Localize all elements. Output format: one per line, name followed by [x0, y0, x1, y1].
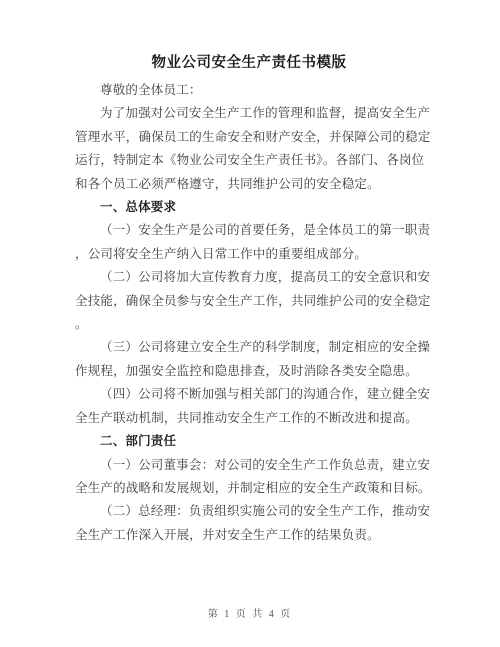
section-heading-1: 一、总体要求: [75, 196, 423, 219]
section-heading-2: 二、部门责任: [75, 430, 423, 453]
doc-line: 。: [75, 313, 423, 336]
doc-line: 全生产的战略和发展规划，并制定相应的安全生产政策和目标。: [75, 477, 423, 500]
doc-line: ，公司将安全生产纳入日常工作中的重要组成部分。: [75, 243, 423, 266]
doc-line: 全生产联动机制，共同推动安全生产工作的不断改进和提高。: [75, 407, 423, 430]
doc-line: （三）公司将建立安全生产的科学制度，制定相应的安全操: [75, 336, 423, 359]
page-number-footer: 第 1 页 共 4 页: [0, 609, 500, 621]
doc-line-salutation: 尊敬的全体员工：: [75, 79, 423, 102]
document-content: 物业公司安全生产责任书模版 尊敬的全体员工： 为了加强对公司安全生产工作的管理和…: [75, 52, 423, 547]
doc-line: 管理水平，确保员工的生命安全和财产安全，并保障公司的稳定: [75, 126, 423, 149]
doc-line: 全生产工作深入开展，并对安全生产工作的结果负责。: [75, 524, 423, 547]
doc-line: 为了加强对公司安全生产工作的管理和监督，提高安全生产: [75, 102, 423, 125]
doc-line: 作规程，加强安全监控和隐患排查，及时消除各类安全隐患。: [75, 360, 423, 383]
doc-line: 运行，特制定本《物业公司安全生产责任书》。各部门、各岗位: [75, 149, 423, 172]
doc-line: （一）安全生产是公司的首要任务，是全体员工的第一职责: [75, 219, 423, 242]
doc-line: （二）公司将加大宣传教育力度，提高员工的安全意识和安: [75, 266, 423, 289]
doc-line: （四）公司将不断加强与相关部门的沟通合作，建立健全安: [75, 383, 423, 406]
doc-line: 全技能，确保全员参与安全生产工作，共同维护公司的安全稳定: [75, 290, 423, 313]
doc-line: （二）总经理：负责组织实施公司的安全生产工作，推动安: [75, 500, 423, 523]
document-title: 物业公司安全生产责任书模版: [75, 52, 423, 74]
document-page: 物业公司安全生产责任书模版 尊敬的全体员工： 为了加强对公司安全生产工作的管理和…: [0, 0, 500, 647]
doc-line: 和各个员工必须严格遵守，共同维护公司的安全稳定。: [75, 173, 423, 196]
doc-line: （一）公司董事会：对公司的安全生产工作负总责，建立安: [75, 454, 423, 477]
